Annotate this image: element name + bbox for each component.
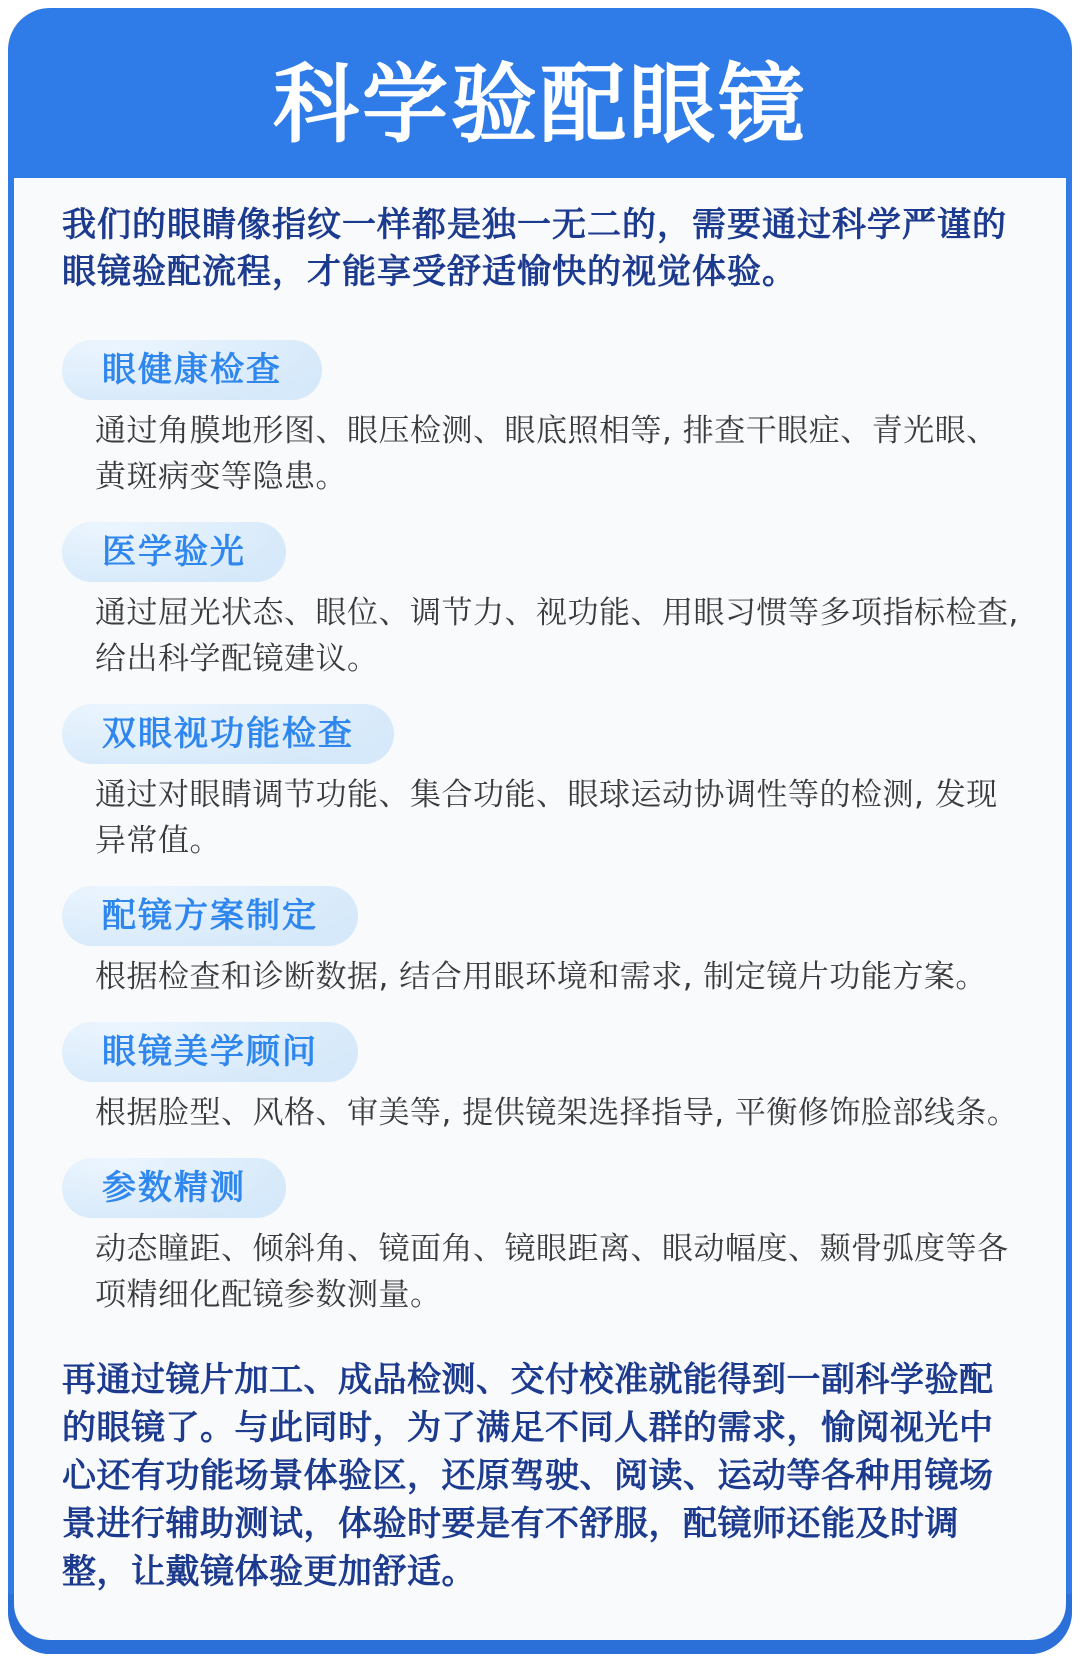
content-card: 科学验配眼镜 我们的眼睛像指纹一样都是独一无二的，需要通过科学严谨的眼镜验配流程… <box>8 8 1072 1654</box>
section-body-text: 根据检查和诊断数据, 结合用眼环境和需求, 制定镜片功能方案。 <box>95 954 1020 1000</box>
outro-paragraph: 再通过镜片加工、成品检测、交付校准就能得到一副科学验配的眼镜了。与此同时，为了满… <box>62 1356 1020 1596</box>
section-body-text: 通过对眼睛调节功能、集合功能、眼球运动协调性等的检测, 发现异常值。 <box>95 772 1020 864</box>
section-label-pill: 双眼视功能检查 <box>62 704 394 764</box>
header-banner: 科学验配眼镜 <box>8 8 1072 178</box>
section-body-text: 通过屈光状态、眼位、调节力、视功能、用眼习惯等多项指标检查, 给出科学配镜建议。 <box>95 590 1020 682</box>
infographic-page: 科学验配眼镜 我们的眼睛像指纹一样都是独一无二的，需要通过科学严谨的眼镜验配流程… <box>0 0 1080 1659</box>
intro-paragraph: 我们的眼睛像指纹一样都是独一无二的，需要通过科学严谨的眼镜验配流程，才能享受舒适… <box>62 202 1020 296</box>
section-label-pill: 配镜方案制定 <box>62 886 358 946</box>
section-glasses-plan: 配镜方案制定 根据检查和诊断数据, 结合用眼环境和需求, 制定镜片功能方案。 <box>62 864 1020 1000</box>
section-label-pill: 眼健康检查 <box>62 340 322 400</box>
section-binocular-vision-check: 双眼视功能检查 通过对眼睛调节功能、集合功能、眼球运动协调性等的检测, 发现异常… <box>62 682 1020 864</box>
section-body-text: 动态瞳距、倾斜角、镜面角、镜眼距离、眼动幅度、颞骨弧度等各项精细化配镜参数测量。 <box>95 1226 1020 1318</box>
section-label-pill: 医学验光 <box>62 522 286 582</box>
card-body: 我们的眼睛像指纹一样都是独一无二的，需要通过科学严谨的眼镜验配流程，才能享受舒适… <box>14 178 1066 1640</box>
section-medical-optometry: 医学验光 通过屈光状态、眼位、调节力、视功能、用眼习惯等多项指标检查, 给出科学… <box>62 500 1020 682</box>
section-body-text: 通过角膜地形图、眼压检测、眼底照相等, 排查干眼症、青光眼、黄斑病变等隐患。 <box>95 408 1020 500</box>
section-body-text: 根据脸型、风格、审美等, 提供镜架选择指导, 平衡修饰脸部线条。 <box>95 1090 1020 1136</box>
section-label-pill: 眼镜美学顾问 <box>62 1022 358 1082</box>
section-aesthetic-consultant: 眼镜美学顾问 根据脸型、风格、审美等, 提供镜架选择指导, 平衡修饰脸部线条。 <box>62 1000 1020 1136</box>
section-label-pill: 参数精测 <box>62 1158 286 1218</box>
section-eye-health-check: 眼健康检查 通过角膜地形图、眼压检测、眼底照相等, 排查干眼症、青光眼、黄斑病变… <box>62 296 1020 500</box>
page-title: 科学验配眼镜 <box>273 27 807 159</box>
section-parameter-measurement: 参数精测 动态瞳距、倾斜角、镜面角、镜眼距离、眼动幅度、颞骨弧度等各项精细化配镜… <box>62 1136 1020 1318</box>
